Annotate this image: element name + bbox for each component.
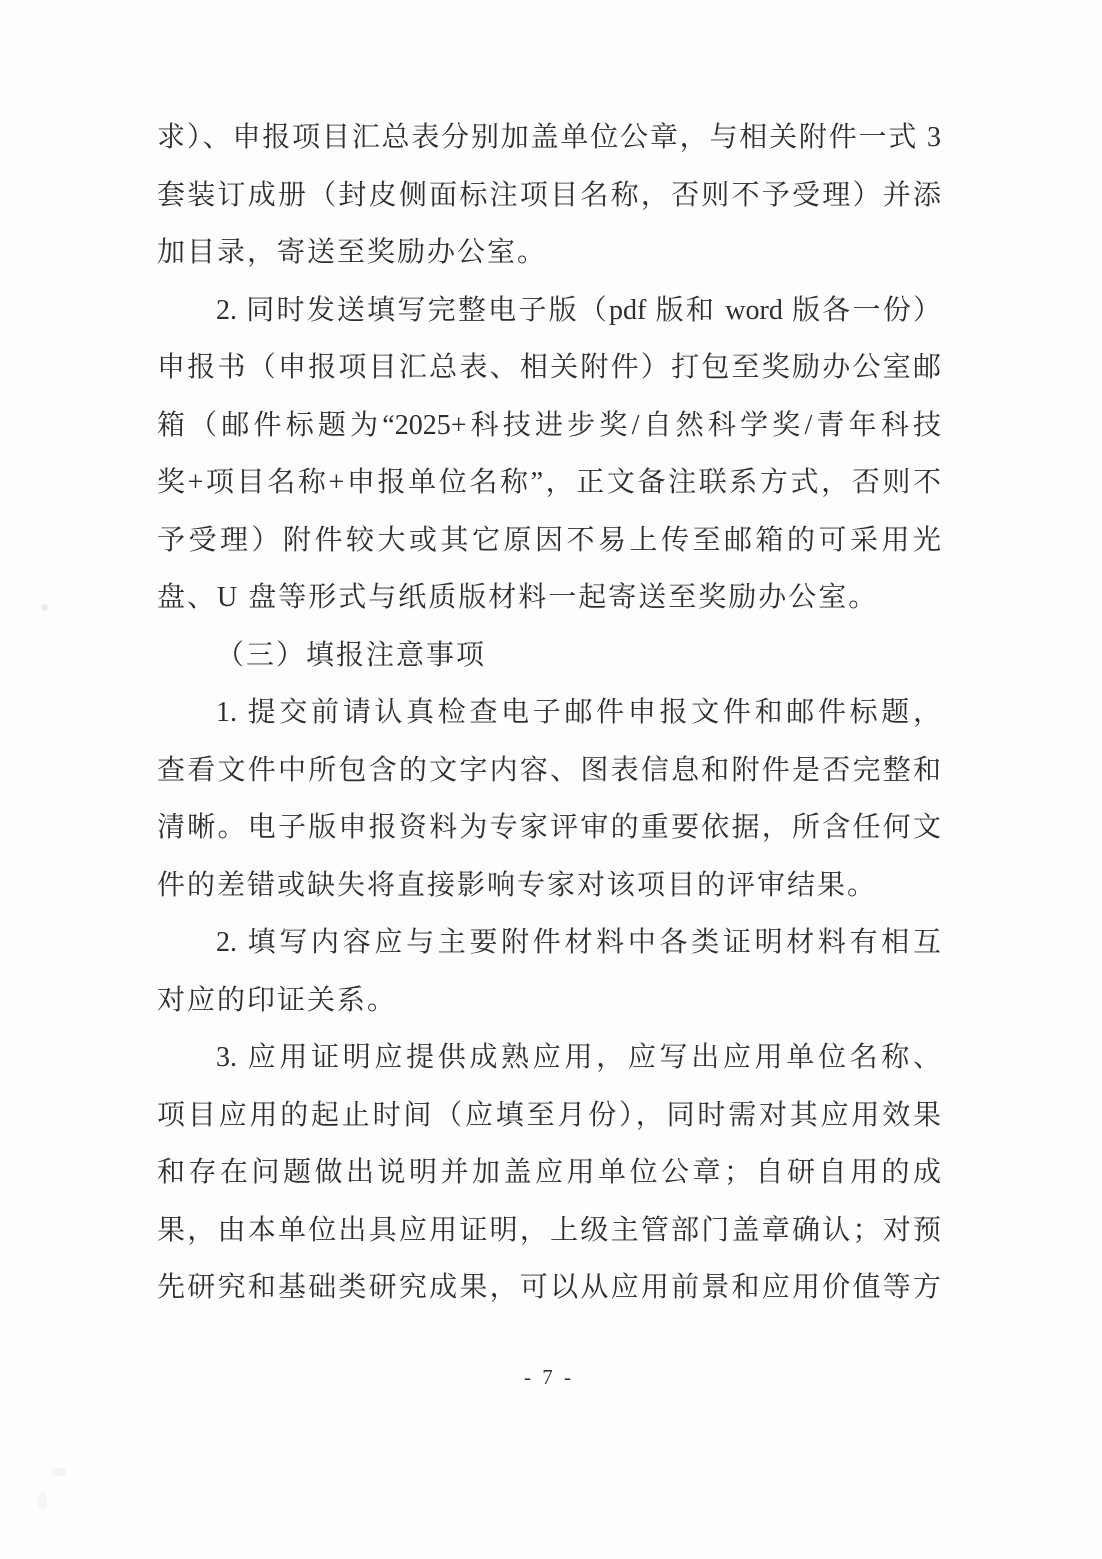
text-line: 2. 同时发送填写完整电子版（pdf 版和 word 版各一份） — [157, 282, 941, 340]
text-line: 2. 填写内容应与主要附件材料中各类证明材料有相互 — [157, 914, 941, 972]
text-line: 1. 提交前请认真检查电子邮件申报文件和邮件标题， — [157, 684, 941, 742]
text-line: 盘、U 盘等形式与纸质版材料一起寄送至奖励办公室。 — [157, 569, 941, 627]
text-line: 对应的印证关系。 — [157, 972, 941, 1030]
text-line: 果，由本单位出具应用证明，上级主管部门盖章确认；对预 — [157, 1202, 941, 1260]
text-line: 箱（邮件标题为“2025+科技进步奖/自然科学奖/青年科技 — [157, 397, 941, 455]
text-line: 清晰。电子版申报资料为专家评审的重要依据，所含任何文 — [157, 799, 941, 857]
page-number: - 7 - — [157, 1362, 941, 1392]
text-line: 项目应用的起止时间（应填至月份），同时需对其应用效果 — [157, 1087, 941, 1145]
document-page: 求）、申报项目汇总表分别加盖单位公章，与相关附件一式 3套装订成册（封皮侧面标注… — [0, 0, 1102, 1559]
scan-speck — [38, 1492, 47, 1510]
text-line: 套装订成册（封皮侧面标注项目名称，否则不予受理）并添 — [157, 167, 941, 225]
text-line: 3. 应用证明应提供成熟应用，应写出应用单位名称、 — [157, 1029, 941, 1087]
scan-speck — [52, 1468, 66, 1476]
scan-speck — [41, 604, 48, 611]
text-line: 和存在问题做出说明并加盖应用单位公章；自研自用的成 — [157, 1144, 941, 1202]
text-line: 件的差错或缺失将直接影响专家对该项目的评审结果。 — [157, 857, 941, 915]
text-line: 申报书（申报项目汇总表、相关附件）打包至奖励办公室邮 — [157, 339, 941, 397]
text-line: 求）、申报项目汇总表分别加盖单位公章，与相关附件一式 3 — [157, 109, 941, 167]
text-line: 先研究和基础类研究成果，可以从应用前景和应用价值等方 — [157, 1259, 941, 1317]
text-line: 加目录，寄送至奖励办公室。 — [157, 224, 941, 282]
body-text-block: 求）、申报项目汇总表分别加盖单位公章，与相关附件一式 3套装订成册（封皮侧面标注… — [157, 109, 941, 1317]
text-line: （三）填报注意事项 — [157, 627, 941, 685]
text-line: 予受理）附件较大或其它原因不易上传至邮箱的可采用光 — [157, 512, 941, 570]
text-line: 奖+项目名称+申报单位名称”，正文备注联系方式，否则不 — [157, 454, 941, 512]
text-line: 查看文件中所包含的文字内容、图表信息和附件是否完整和 — [157, 742, 941, 800]
